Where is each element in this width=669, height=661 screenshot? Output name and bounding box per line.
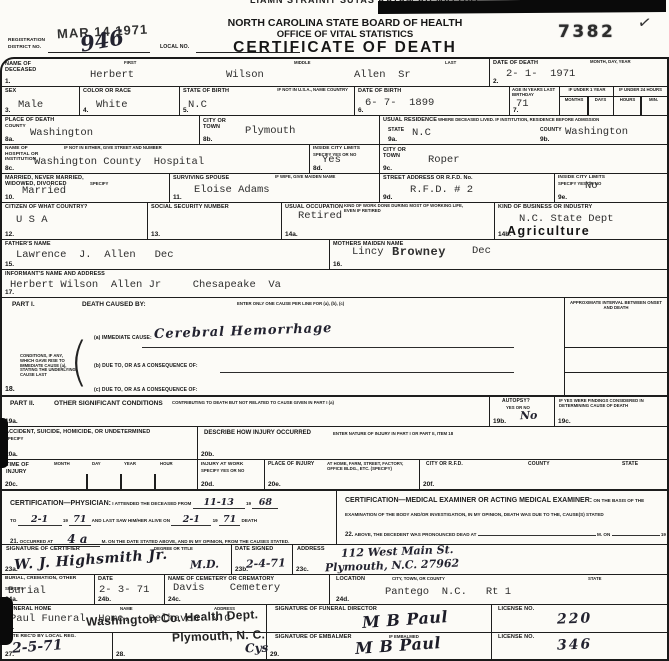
text: ABOVE, THE DECEDENT WAS PRONOUNCED DEAD …	[354, 532, 476, 537]
surviving-spouse-value: Eloise Adams	[194, 184, 270, 196]
scan-artifact	[0, 597, 13, 645]
field-label: IF YES WERE FINDINGS CONSIDERED IN DETER…	[559, 399, 663, 409]
field-sublabel: ENTER NATURE OF INJURY IN PART I OR PART…	[333, 432, 453, 437]
item-number: 20d.	[201, 481, 214, 488]
field-state-of-birth: STATE OF BIRTH IF NOT IN U.S.A., NAME CO…	[180, 87, 355, 116]
pronounced-date-blank	[612, 535, 660, 536]
item-number: 24d.	[336, 596, 349, 603]
item-number: 29.	[270, 651, 279, 658]
field-sublabel: AT HOME, FARM, STREET, FACTORY, OFFICE B…	[327, 462, 415, 472]
field-mother-maiden-name: MOTHERS MAIDEN NAME 16. Lincy Browney De…	[330, 240, 667, 270]
item-number: 27.	[5, 651, 14, 658]
field-label: PLACE OF DEATH	[5, 117, 54, 123]
county-label: COUNTY	[540, 128, 562, 134]
marital-status-value: Married	[22, 185, 66, 197]
field-place-of-death-city: CITY OR TOWN 8b. Plymouth	[200, 116, 380, 145]
text: ON THE BASIS OF THE	[593, 498, 644, 503]
degree-value: M.D.	[190, 557, 219, 571]
field-if-under-1-year: IF UNDER 1 YEAR MONTHS DAYS	[560, 87, 614, 116]
item-number: 8d.	[313, 165, 322, 172]
field-disposition-date: DATE 2- 3- 71 24b.	[95, 575, 165, 605]
line-a-rule	[142, 347, 514, 348]
state-label: STATE	[622, 462, 638, 468]
redaction-bar	[378, 0, 666, 14]
item-number: 8a.	[5, 136, 14, 143]
field-sublabel: IF NOT IN EITHER, GIVE STREET AND NUMBER	[64, 146, 162, 151]
last-alive-value: 2-1	[171, 514, 211, 526]
field-label: ACCIDENT, SUICIDE, HOMICIDE, OR UNDETERM…	[5, 429, 175, 435]
line-b-label: (b) DUE TO, OR AS A CONSEQUENCE OF:	[94, 364, 198, 370]
checkmark-icon: ✓	[636, 12, 653, 33]
certificate-form: NAME OF DECEASED FIRST MIDDLE LAST 1. He…	[0, 57, 669, 661]
deceased-first-name: Herbert	[90, 69, 134, 81]
field-place-of-injury: PLACE OF INJURY AT HOME, FARM, STREET, F…	[265, 460, 420, 491]
cemetery-location-value: Pantego N.C. Rt 1	[385, 586, 511, 598]
field-label: NAME OF DECEASED	[5, 61, 47, 74]
sex-value: Male	[18, 99, 43, 111]
part2-other-conditions: PART II. OTHER SIGNIFICANT CONDITIONS CO…	[2, 397, 490, 427]
part1-cause-of-death: PART I. DEATH CAUSED BY: ENTER ONLY ONE …	[2, 298, 565, 397]
field-label: PLACE OF INJURY	[268, 462, 314, 468]
age-value: 71	[516, 98, 529, 110]
part1-interval-column: APPROXIMATE INTERVAL BETWEEN ONSET AND D…	[565, 298, 667, 397]
field-autopsy: AUTOPSY? YES OR NO 19b. No	[490, 397, 555, 427]
item-number: 20b.	[201, 451, 214, 458]
field-label: FATHER'S NAME	[5, 241, 51, 247]
informant-value: Herbert Wilson Allen Jr Chesapeake Va	[10, 279, 281, 291]
item-number: 16.	[333, 261, 342, 268]
field-label: COLOR OR RACE	[83, 88, 131, 94]
field-accident-suicide: ACCIDENT, SUICIDE, HOMICIDE, OR UNDETERM…	[2, 427, 198, 460]
divider	[640, 96, 642, 116]
divider	[120, 474, 122, 491]
year-prefix: 19	[63, 518, 68, 523]
line-b-rule	[220, 372, 514, 373]
item-number: 9e.	[558, 194, 567, 201]
attended-to-value: 2-1	[18, 514, 62, 526]
field-label: DATE OF DEATH	[493, 60, 538, 66]
field-label: CITIZEN OF WHAT COUNTRY?	[5, 204, 87, 210]
mother-name-part3: Dec	[472, 245, 491, 257]
city-label: CITY OR R.F.D.	[426, 462, 463, 468]
inside-city-limits-8d-value: Yes	[322, 154, 341, 166]
field-label: SIGNATURE OF CERTIFIER	[6, 546, 80, 552]
field-label: ADDRESS	[297, 546, 325, 552]
field-sublabel: KIND OF WORK DONE DURING MOST OF WORKING…	[344, 204, 464, 214]
item-number: 9a.	[388, 136, 397, 143]
field-sublabel: IF WIFE, GIVE MAIDEN NAME	[275, 175, 335, 180]
field-inside-city-limits-9e: INSIDE CITY LIMITS SPECIFY YES OR NO 9e.…	[555, 174, 667, 203]
year-prefix: 19	[661, 532, 666, 537]
line-c-label: (c) DUE TO, OR AS A CONSEQUENCE OF:	[94, 388, 197, 394]
col-year: YEAR	[124, 462, 136, 467]
divider	[587, 96, 589, 116]
street-address-value: R.F.D. # 2	[410, 184, 473, 196]
examiner-line2: EXAMINATION OF THE BODY AND/OR INVESTIGA…	[345, 512, 604, 517]
interval-rule-a	[565, 347, 667, 348]
field-label: INFORMANT'S NAME AND ADDRESS	[5, 271, 105, 277]
form-title: CERTIFICATE OF DEATH	[150, 39, 540, 57]
field-label: USUAL RESIDENCE	[383, 117, 437, 123]
field-usual-residence: USUAL RESIDENCE WHERE DECEASED LIVED. IF…	[380, 116, 667, 145]
county-label: COUNTY	[528, 462, 550, 468]
field-date-signed: DATE SIGNED 23b. 2-4-71	[232, 545, 293, 575]
field-citizen: CITIZEN OF WHAT COUNTRY? 12. U S A	[2, 203, 148, 240]
item-number: 20f.	[423, 481, 434, 488]
item-number: 4.	[83, 107, 88, 114]
item-number: 13.	[151, 231, 160, 238]
months-label: MONTHS	[561, 98, 587, 103]
item-number: 19b.	[493, 418, 506, 425]
physician-line2: TO 2-1 19 71 AND LAST SAW HIM/HER ALIVE …	[10, 514, 257, 526]
field-injury-at-work: INJURY AT WORK SPECIFY YES OR NO 20d.	[198, 460, 265, 491]
interval-rule-b	[565, 372, 667, 373]
field-color-race: COLOR OR RACE 4. White	[80, 87, 180, 116]
text: AND LAST SAW HIM/HER ALIVE ON	[92, 518, 170, 523]
death-certificate-page: LIAMN STRAINIT SUTAS RATAM AD NATTIAT NO…	[0, 0, 669, 661]
field-signature-of-certifier: SIGNATURE OF CERTIFIER DEGREE OR TITLE W…	[2, 545, 232, 575]
date-received-value: 2-5-71	[12, 637, 64, 656]
field-certifier-address: ADDRESS 112 West Main St. 23c. Plymouth,…	[293, 545, 667, 575]
field-findings-considered: IF YES WERE FINDINGS CONSIDERED IN DETER…	[555, 397, 667, 427]
text: OCCURRED AT	[20, 539, 53, 544]
attended-from-year: 68	[252, 497, 278, 509]
registration-district-label-2: DISTRICT NO.	[8, 45, 41, 51]
item-number: 8c.	[5, 165, 14, 172]
local-no-label: LOCAL NO.	[160, 45, 189, 51]
father-name-value: Lawrence J. Allen Dec	[16, 249, 174, 261]
sublabel-middle: MIDDLE	[294, 61, 310, 66]
registration-district-label-1: REGISTRATION	[8, 38, 45, 44]
line-a-label: (a) IMMEDIATE CAUSE:	[94, 336, 152, 342]
physician-heading: CERTIFICATION—PHYSICIAN:	[10, 500, 111, 507]
sublabel-last: LAST	[445, 61, 456, 66]
part2-heading: OTHER SIGNIFICANT CONDITIONS	[54, 400, 163, 407]
field-label: CITY OR TOWN	[383, 147, 409, 160]
item-number: 1.	[5, 78, 10, 85]
field-cemetery-name: NAME OF CEMETERY OR CREMATORY Davis Ceme…	[165, 575, 330, 605]
field-label: AGE IN YEARS LAST BIRTHDAY	[512, 88, 558, 98]
item-number: 9d.	[383, 194, 392, 201]
field-label: SOCIAL SECURITY NUMBER	[151, 204, 229, 210]
field-date-of-birth: DATE OF BIRTH 6. 6- 7- 1899	[355, 87, 510, 116]
deceased-last-name: Allen Sr	[354, 69, 411, 81]
field-label: LICENSE NO.	[498, 634, 534, 640]
examiner-line3: 22. ABOVE, THE DECEDENT WAS PRONOUNCED D…	[345, 532, 666, 538]
last-alive-year: 71	[219, 514, 240, 526]
field-label: IF UNDER 1 YEAR	[560, 88, 614, 93]
divider	[154, 474, 156, 491]
item-number: 8b.	[203, 136, 212, 143]
date-signed-value: 2-4-71	[246, 556, 286, 570]
pronounced-dead-at-blank	[478, 535, 596, 536]
state-of-birth-value: N.C	[188, 99, 207, 111]
citizen-value: U S A	[16, 214, 48, 226]
field-sublabel: MONTH, DAY, YEAR	[590, 60, 631, 65]
field-embalmer-signature: SIGNATURE OF EMBALMER IF EMBALMED M B Pa…	[267, 633, 492, 659]
col-month: MONTH	[54, 462, 70, 467]
attended-to-year: 71	[69, 514, 90, 526]
mother-name-part1: Lincy	[352, 246, 384, 258]
field-label: AUTOPSY?	[502, 399, 530, 405]
residence-county-value: Washington	[565, 126, 628, 138]
sublabel-first: FIRST	[124, 61, 136, 66]
text: EXAMINATION OF THE BODY AND/OR INVESTIGA…	[345, 512, 604, 517]
part2-sublabel: CONTRIBUTING TO DEATH BUT NOT RELATED TO…	[172, 401, 472, 406]
physician-line1: CERTIFICATION—PHYSICIAN: I ATTENDED THE …	[10, 497, 278, 509]
item-number: 15.	[5, 261, 14, 268]
text: TO	[10, 518, 16, 523]
text: M. ON	[597, 532, 610, 537]
cemetery-value: Davis Cemetery	[173, 582, 280, 594]
item-number: 6.	[358, 107, 363, 114]
field-hospital: NAME OF HOSPITAL OR INSTITUTION IF NOT I…	[2, 145, 310, 174]
hospital-value: Washington County Hospital	[34, 156, 204, 168]
field-sublabel: IF NOT IN U.S.A., NAME COUNTRY	[268, 88, 348, 93]
part1-instruction: ENTER ONLY ONE CAUSE PER LINE FOR (a), (…	[237, 302, 344, 307]
item-number: 10.	[5, 194, 14, 201]
field-label: CITY OR TOWN	[203, 118, 229, 131]
autopsy-value: No	[520, 409, 538, 423]
hours-label: HOURS	[615, 98, 640, 103]
field-label: SEX	[5, 88, 16, 94]
item-number: 3.	[5, 107, 10, 114]
embalmer-license-value: 346	[557, 636, 593, 653]
industry-value-line2: Agriculture	[507, 224, 590, 238]
field-label: DATE SIGNED	[235, 546, 273, 552]
residence-state-value: N.C	[412, 127, 431, 139]
field-label: STATE OF BIRTH	[183, 88, 229, 94]
field-date-received: DATE REC'D BY LOCAL REG. 2-5-71 27.	[2, 633, 113, 659]
embalmer-signature: M B Paul	[354, 633, 441, 658]
immediate-cause-value: Cerebral Hemorrhage	[154, 321, 333, 342]
item-number: 23c.	[296, 566, 309, 573]
item-number: 20e.	[268, 481, 281, 488]
year-prefix: 19	[246, 501, 251, 506]
item-number: 28.	[116, 651, 125, 658]
field-place-of-death-county: PLACE OF DEATH COUNTY 8a. Washington	[2, 116, 200, 145]
field-name-of-deceased: NAME OF DECEASED FIRST MIDDLE LAST 1. He…	[2, 59, 490, 87]
item-number: 11.	[173, 194, 182, 201]
item-number: 12.	[5, 231, 14, 238]
field-inside-city-limits-8d: INSIDE CITY LIMITS SPECIFY YES OR NO 8d.…	[310, 145, 380, 174]
field-if-under-24-hours: IF UNDER 24 HOURS HOURS MIN.	[614, 87, 667, 116]
field-sublabel: SPECIFY	[90, 182, 108, 187]
field-burial-cremation: BURIAL, CREMATION, OTHER SPECIFY Burial …	[2, 575, 95, 605]
interval-header: APPROXIMATE INTERVAL BETWEEN ONSET AND D…	[569, 301, 663, 311]
field-industry: KIND OF BUSINESS OR INDUSTRY 14b. N.C. S…	[495, 203, 667, 240]
date-of-death-value: 2- 1- 1971	[506, 68, 575, 80]
scan-artifact	[0, 418, 8, 468]
field-embalmer-license: LICENSE NO. 346	[492, 633, 667, 659]
conditions-note: CONDITIONS, IF ANY, WHICH GAVE RISE TO I…	[20, 354, 78, 378]
text: M. ON THE DATE STATED ABOVE, AND IN MY O…	[102, 539, 290, 544]
place-of-death-city-value: Plymouth	[245, 125, 295, 137]
field-ssn: SOCIAL SECURITY NUMBER 13.	[148, 203, 282, 240]
item-number: 9c.	[383, 165, 392, 172]
field-sublabel-1: CITY, TOWN, OR COUNTY	[392, 577, 445, 582]
divider	[86, 474, 88, 491]
field-cemetery-location: LOCATION CITY, TOWN, OR COUNTY STATE Pan…	[330, 575, 667, 605]
inside-city-limits-9e-value: No	[585, 180, 598, 192]
field-label: STREET ADDRESS OR R.F.D. No.	[383, 175, 473, 181]
deceased-middle-name: Wilson	[226, 69, 264, 81]
field-age: AGE IN YEARS LAST BIRTHDAY 7. 71	[510, 87, 560, 116]
year-prefix: 19	[213, 518, 218, 523]
part1-heading: DEATH CAUSED BY:	[82, 301, 146, 308]
field-residence-city: CITY OR TOWN 9c. Roper	[380, 145, 667, 174]
field-surviving-spouse: SURVIVING SPOUSE IF WIFE, GIVE MAIDEN NA…	[170, 174, 380, 203]
item-number: 18.	[5, 386, 15, 393]
board-name: NORTH CAROLINA STATE BOARD OF HEALTH	[180, 17, 510, 29]
field-funeral-director-signature: SIGNATURE OF FUNERAL DIRECTOR M B Paul	[267, 605, 492, 633]
days-label: DAYS	[588, 98, 613, 103]
residence-city-value: Roper	[428, 154, 460, 166]
field-injury-location: CITY OR R.F.D. COUNTY STATE 20f.	[420, 460, 667, 491]
field-label: INJURY AT WORK	[201, 462, 261, 468]
state-label: STATE	[388, 128, 404, 134]
item-number: 19c.	[558, 418, 571, 425]
item-number: 2.	[493, 78, 498, 85]
field-street-address: STREET ADDRESS OR R.F.D. No. 9d. R.F.D. …	[380, 174, 555, 203]
field-label-1: TIME OF	[6, 462, 29, 468]
examiner-line1: CERTIFICATION—MEDICAL EXAMINER OR ACTING…	[345, 497, 644, 504]
text: I ATTENDED THE DECEASED FROM	[112, 501, 191, 506]
field-informant: INFORMANT'S NAME AND ADDRESS 17. Herbert…	[2, 270, 667, 298]
place-of-death-county-value: Washington	[30, 127, 93, 139]
field-label: INSIDE CITY LIMITS	[313, 146, 373, 152]
field-label: LOCATION	[336, 576, 365, 582]
field-sublabel-name: NAME	[120, 607, 133, 612]
field-sex: SEX 3. Male	[2, 87, 80, 116]
field-label: DATE	[98, 576, 113, 582]
field-director-license: LICENSE NO. 220	[492, 605, 667, 633]
field-describe-injury: DESCRIBE HOW INJURY OCCURRED ENTER NATUR…	[198, 427, 667, 460]
certification-physician: CERTIFICATION—PHYSICIAN: I ATTENDED THE …	[2, 491, 337, 545]
race-value: White	[96, 99, 128, 111]
part2-label: PART II.	[10, 400, 34, 407]
item-number: 24b.	[98, 596, 111, 603]
local-no-blank-line	[196, 52, 300, 53]
field-occupation: USUAL OCCUPATION KIND OF WORK DONE DURIN…	[282, 203, 495, 240]
col-hour: HOUR	[160, 462, 173, 467]
part1-label: PART I.	[12, 301, 35, 308]
certification-medical-examiner: CERTIFICATION—MEDICAL EXAMINER OR ACTING…	[337, 491, 667, 545]
item-number: 23a.	[5, 566, 18, 573]
field-label: BURIAL, CREMATION, OTHER	[5, 576, 85, 582]
field-label: SIGNATURE OF FUNERAL DIRECTOR	[275, 606, 377, 612]
mother-name-part2: Browney	[392, 245, 446, 259]
attended-from-value: 11-13	[193, 497, 245, 509]
item-number: 14a.	[285, 231, 298, 238]
date-of-birth-value: 6- 7- 1899	[365, 97, 434, 109]
col-day: DAY	[92, 462, 101, 467]
min-label: MIN.	[641, 98, 666, 103]
field-time-of-injury: TIME OF INJURY MONTH DAY YEAR HOUR 20c.	[2, 460, 198, 491]
item-number: 20c.	[5, 481, 18, 488]
field-label: SURVIVING SPOUSE	[173, 175, 229, 181]
field-sublabel-2: STATE	[588, 577, 601, 582]
field-label: LICENSE NO.	[498, 606, 534, 612]
registrar-mark: Cys	[245, 641, 269, 656]
field-label: SIGNATURE OF EMBALMER	[275, 634, 352, 640]
field-label-2: INJURY	[6, 469, 27, 475]
text: DEATH	[242, 518, 257, 523]
item-number: 22.	[345, 532, 353, 538]
director-license-value: 220	[557, 610, 593, 627]
field-label: DATE OF BIRTH	[358, 88, 401, 94]
field-sublabel: SPECIFY YES OR NO	[201, 469, 244, 474]
field-label: KIND OF BUSINESS OR INDUSTRY	[498, 204, 592, 210]
field-date-of-death: DATE OF DEATH MONTH, DAY, YEAR 2. 2- 1- …	[490, 59, 667, 87]
field-father-name: FATHER'S NAME 15. Lawrence J. Allen Dec	[2, 240, 330, 270]
field-label: IF UNDER 24 HOURS	[614, 88, 667, 93]
field-marital-status: MARRIED, NEVER MARRIED, WIDOWED, DIVORCE…	[2, 174, 170, 203]
occupation-value: Retired	[298, 210, 342, 222]
county-label: COUNTY	[5, 124, 26, 130]
field-label: DESCRIBE HOW INJURY OCCURRED	[204, 430, 311, 436]
item-number: 24c.	[168, 596, 181, 603]
certificate-number-stamp: 7382	[558, 22, 615, 42]
disposition-date-value: 2- 3- 71	[99, 584, 149, 596]
examiner-heading: CERTIFICATION—MEDICAL EXAMINER OR ACTING…	[345, 497, 592, 504]
field-sublabel: WHERE DECEASED LIVED. IF INSTITUTION, RE…	[438, 118, 599, 123]
item-number: 9b.	[540, 136, 549, 143]
